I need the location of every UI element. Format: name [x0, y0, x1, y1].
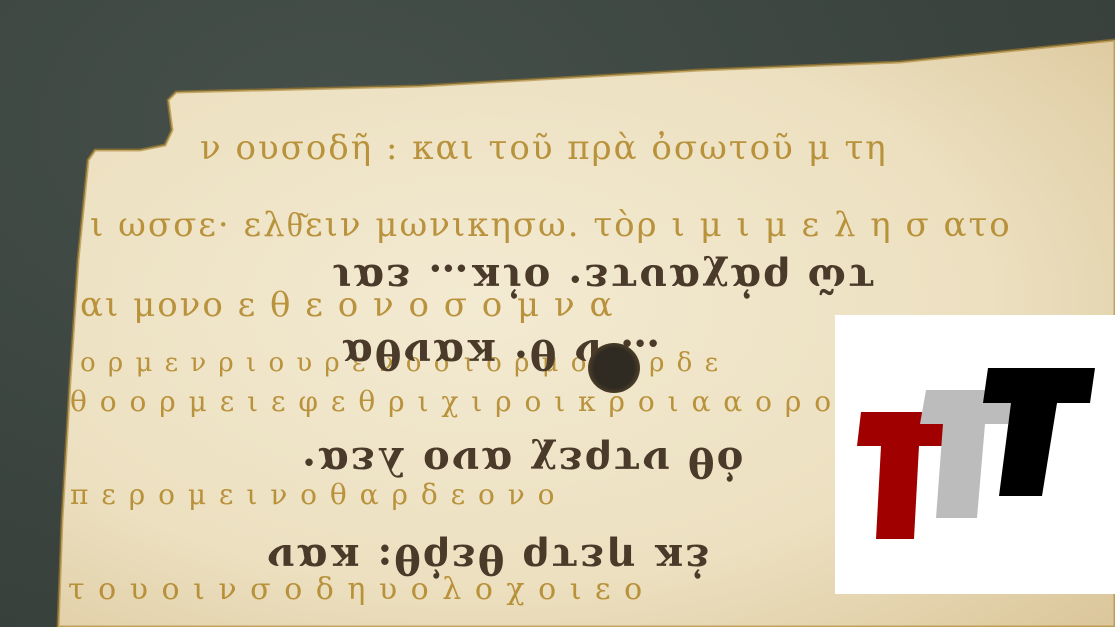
undertext-line: ι ωσσε· ελθ͂ειν μωνικησω. τὸρ ι μ ι μ ε …: [90, 205, 1012, 245]
undertext-line: ν ουσοδῆ : και τοῦ πρὰ ὀσωτοῦ μ τη: [200, 128, 888, 168]
undertext-line: θ ο ο ρ μ ε ι ε φ ε θ ρ ι χ ι ρ ο ι κ ρ …: [70, 385, 901, 418]
black-t-shape: [983, 368, 1095, 496]
ttt-logo-icon: [835, 315, 1115, 594]
overtext-line: ἐκ ηετρ θεῥθ: καν: [265, 535, 710, 582]
gray-t-shape: [920, 390, 1015, 518]
ttt-logo: [835, 315, 1115, 594]
red-t-shape: [857, 412, 950, 539]
parchment-hole: [588, 343, 640, 393]
overtext-line: ὁθ ντρεχ ανο λεα·: [300, 438, 743, 485]
overtext-line: τῶ ρἀχαυτε· οἰκ… εαι: [330, 255, 875, 302]
